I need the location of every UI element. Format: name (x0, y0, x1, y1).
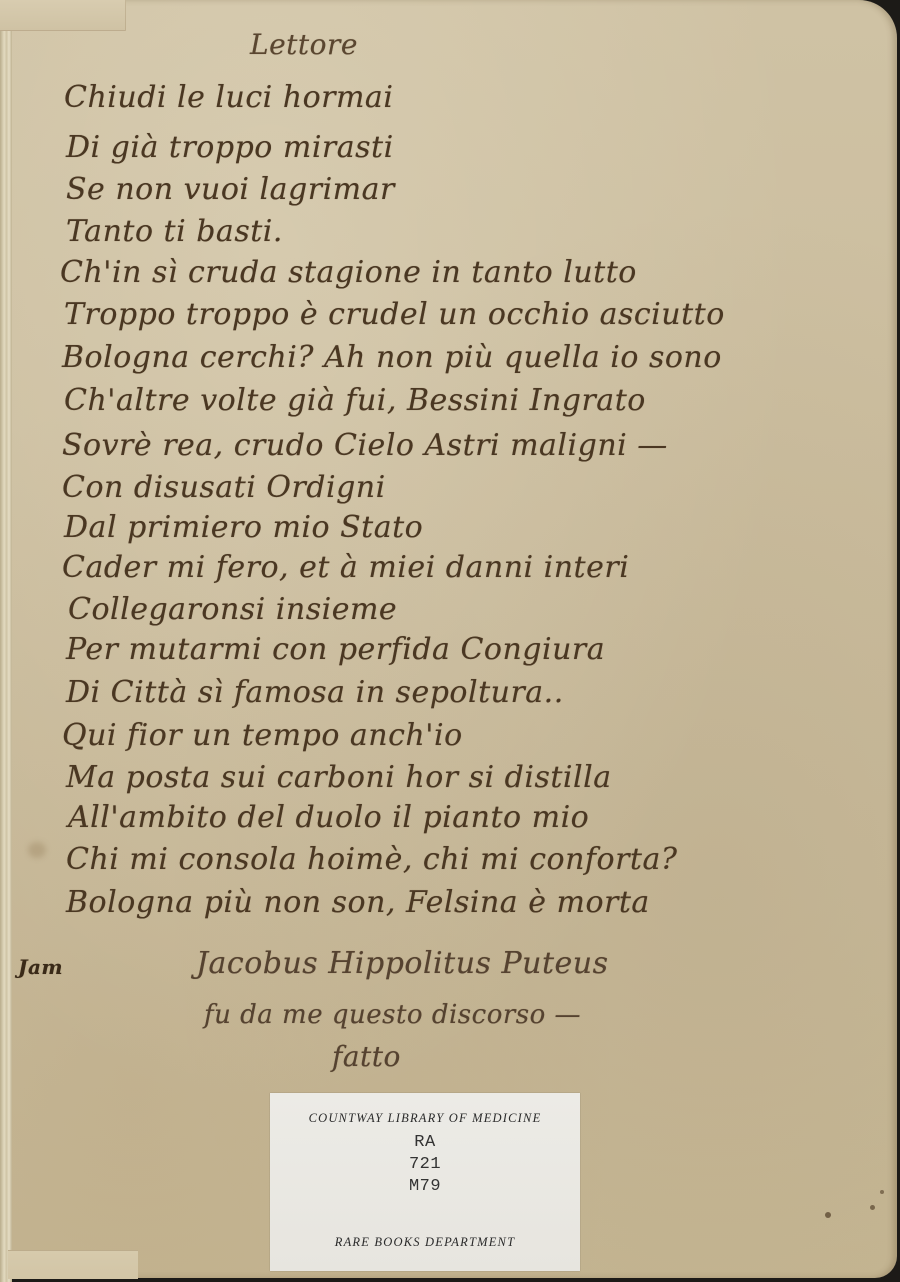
verse-line: Per mutarmi con perfida Congiura (66, 632, 605, 667)
manuscript-text: Lettore Chiudi le luci hormai Di già tro… (0, 0, 900, 1282)
call-number-class: RA (270, 1133, 580, 1152)
verse-line: All'ambito del duolo il pianto mio (68, 800, 589, 835)
verse-line: Ch'altre volte già fui, Bessini Ingrato (64, 383, 646, 418)
verse-line: Tanto ti basti. (66, 214, 283, 249)
verse-line: Ma posta sui carboni hor si distilla (66, 760, 612, 795)
verse-line: Dal primiero mio Stato (64, 510, 423, 545)
verse-line: Qui fior un tempo anch'io (62, 718, 463, 753)
heading: Lettore (250, 28, 358, 61)
verse-line: Bologna cerchi? Ah non più quella io son… (62, 340, 722, 375)
verse-line: Sovrè rea, crudo Cielo Astri maligni — (62, 428, 668, 463)
verse-line: Ch'in sì cruda stagione in tanto lutto (60, 255, 637, 290)
verse-line: Bologna più non son, Felsina è morta (66, 885, 650, 920)
verse-line: Di già troppo mirasti (66, 130, 394, 165)
call-number-number: 721 (270, 1155, 580, 1174)
verse-line: Chiudi le luci hormai (64, 80, 393, 115)
verse-line: Collegaronsi insieme (68, 592, 397, 627)
library-label: COUNTWAY LIBRARY OF MEDICINE RA 721 M79 … (270, 1093, 580, 1271)
signature: Jacobus Hippolitus Puteus (196, 946, 609, 981)
verse-line: Troppo troppo è crudel un occhio asciutt… (64, 297, 725, 332)
closing-line: fu da me questo discorso — (204, 1000, 581, 1030)
verse-line: Chi mi consola hoimè, chi mi conforta? (66, 842, 677, 877)
verse-line: Cader mi fero, et à miei danni interi (62, 550, 629, 585)
call-number-cutter: M79 (270, 1177, 580, 1196)
label-header: COUNTWAY LIBRARY OF MEDICINE (270, 1111, 580, 1126)
closing-word: fatto (332, 1040, 401, 1073)
verse-line: Con disusati Ordigni (62, 470, 386, 505)
label-footer: RARE BOOKS DEPARTMENT (270, 1235, 580, 1250)
verse-line: Se non vuoi lagrimar (66, 172, 395, 207)
margin-note: Jam (18, 955, 63, 979)
verse-line: Di Città sì famosa in sepoltura.. (66, 675, 564, 710)
